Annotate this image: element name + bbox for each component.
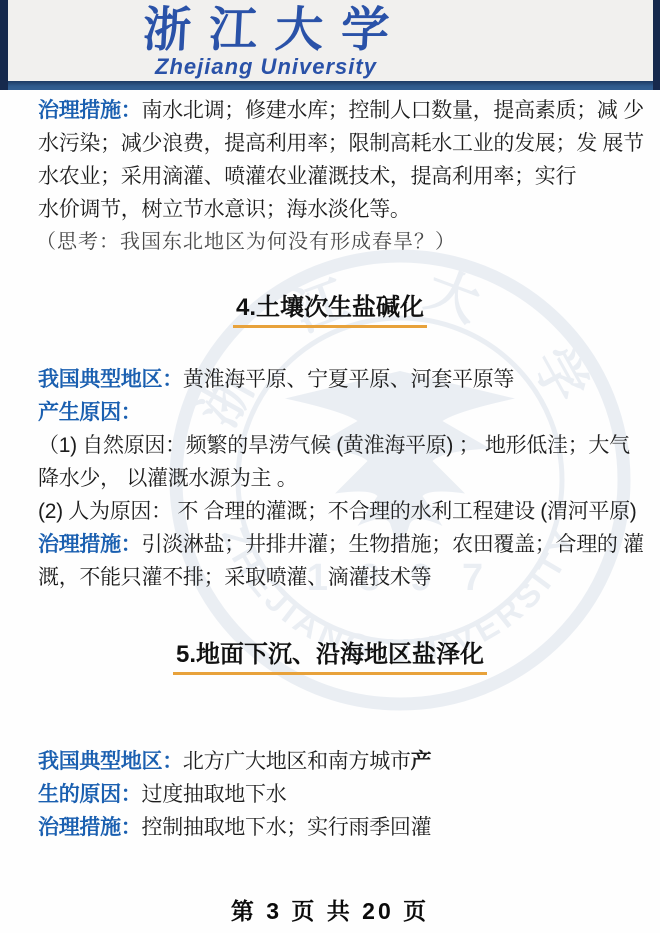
line-text: （1) 自然原因：频繁的旱涝气候 (黄淮海平原) ； 地形低洼；大气: [38, 434, 630, 457]
header-right-bar: [653, 0, 660, 90]
university-name-cn: 浙江大学: [142, 7, 409, 55]
line-text-bold: 产: [411, 750, 432, 773]
university-title-block: 浙江大学 Zhejiang University: [143, 7, 407, 78]
term-label: 我国典型地区：: [38, 368, 183, 391]
page-number-footer: 第 3 页 共 20 页: [0, 896, 660, 926]
text-line: 我国典型地区：北方广大地区和南方城市产: [0, 745, 660, 778]
text-line: 治理措施：引淡淋盐；井排井灌；生物措施；农田覆盖；合理的 灌: [0, 528, 660, 561]
section5-title: 5.地面下沉、沿海地区盐泽化: [173, 640, 487, 675]
line-text: 水价调节，树立节水意识；海水淡化等。: [38, 198, 411, 221]
text-line: 治理措施：南水北调；修建水库；控制人口数量，提高素质；减 少: [0, 94, 660, 127]
text-line: 生的原因：过度抽取地下水: [0, 778, 660, 811]
text-line: 我国典型地区：黄淮海平原、宁夏平原、河套平原等: [0, 363, 660, 396]
text-line: 溉，不能只灌不排；采取喷灌、滴灌技术等: [0, 561, 660, 594]
section4-body: 我国典型地区：黄淮海平原、宁夏平原、河套平原等 产生原因： （1) 自然原因：频…: [0, 363, 660, 594]
text-line: 产生原因：: [0, 396, 660, 429]
text-line: 降水少， 以灌溉水源为主 。: [0, 462, 660, 495]
line-text: 北方广大地区和南方城市: [183, 750, 411, 773]
line-text: 水农业；采用滴灌、喷灌农业灌溉技术，提高利用率；实行: [38, 165, 576, 188]
line-text: (2) 人为原因： 不 合理的灌溉；不合理的水利工程建设 (渭河平原): [38, 500, 637, 523]
section5-body: 我国典型地区：北方广大地区和南方城市产 生的原因：过度抽取地下水 治理措施：控制…: [0, 745, 660, 844]
section5-heading: 5.地面下沉、沿海地区盐泽化: [0, 640, 660, 675]
document-page: 浙 江 大 学 1 8 9 7 ZHEJIANG UNIVERSITY 浙江大学…: [0, 0, 660, 933]
text-line: 水污染；减少浪费，提高利用率；限制高耗水工业的发展；发 展节: [0, 127, 660, 160]
term-label: 治理措施：: [38, 816, 142, 839]
page-content: 治理措施：南水北调；修建水库；控制人口数量，提高素质；减 少 水污染；减少浪费，…: [0, 90, 660, 926]
term-label: 治理措施：: [38, 99, 142, 122]
line-text: 过度抽取地下水: [142, 783, 287, 806]
header-divider-rule: [0, 81, 660, 90]
term-label: 产生原因：: [38, 401, 142, 424]
line-text: 溉，不能只灌不排；采取喷灌、滴灌技术等: [38, 566, 431, 589]
line-text: 控制抽取地下水；实行雨季回灌: [142, 816, 432, 839]
text-line: 水农业；采用滴灌、喷灌农业灌溉技术，提高利用率；实行: [0, 160, 660, 193]
header-left-bar: [0, 0, 8, 90]
line-text: 降水少， 以灌溉水源为主 。: [38, 467, 297, 490]
text-line: (2) 人为原因： 不 合理的灌溉；不合理的水利工程建设 (渭河平原): [0, 495, 660, 528]
section4-title: 4.土壤次生盐碱化: [233, 293, 427, 328]
term-label: 生的原因：: [38, 783, 142, 806]
text-line: 水价调节，树立节水意识；海水淡化等。: [0, 193, 660, 226]
text-line: （1) 自然原因：频繁的旱涝气候 (黄淮海平原) ； 地形低洼；大气: [0, 429, 660, 462]
line-text: 引淡淋盐；井排井灌；生物措施；农田覆盖；合理的 灌: [142, 533, 644, 556]
term-label: 治理措施：: [38, 533, 142, 556]
university-name-en: Zhejiang University: [155, 56, 407, 78]
text-line: 治理措施：控制抽取地下水；实行雨季回灌: [0, 811, 660, 844]
term-label: 我国典型地区：: [38, 750, 183, 773]
line-text: 水污染；减少浪费，提高利用率；限制高耗水工业的发展；发 展节: [38, 132, 644, 155]
section4-heading: 4.土壤次生盐碱化: [0, 293, 660, 328]
thinking-note: （思考：我国东北地区为何没有形成春旱？）: [0, 226, 660, 259]
paragraph-governance-measures: 治理措施：南水北调；修建水库；控制人口数量，提高素质；减 少 水污染；减少浪费，…: [0, 94, 660, 226]
line-text: 南水北调；修建水库；控制人口数量，提高素质；减 少: [142, 99, 644, 122]
line-text: 黄淮海平原、宁夏平原、河套平原等: [183, 368, 514, 391]
